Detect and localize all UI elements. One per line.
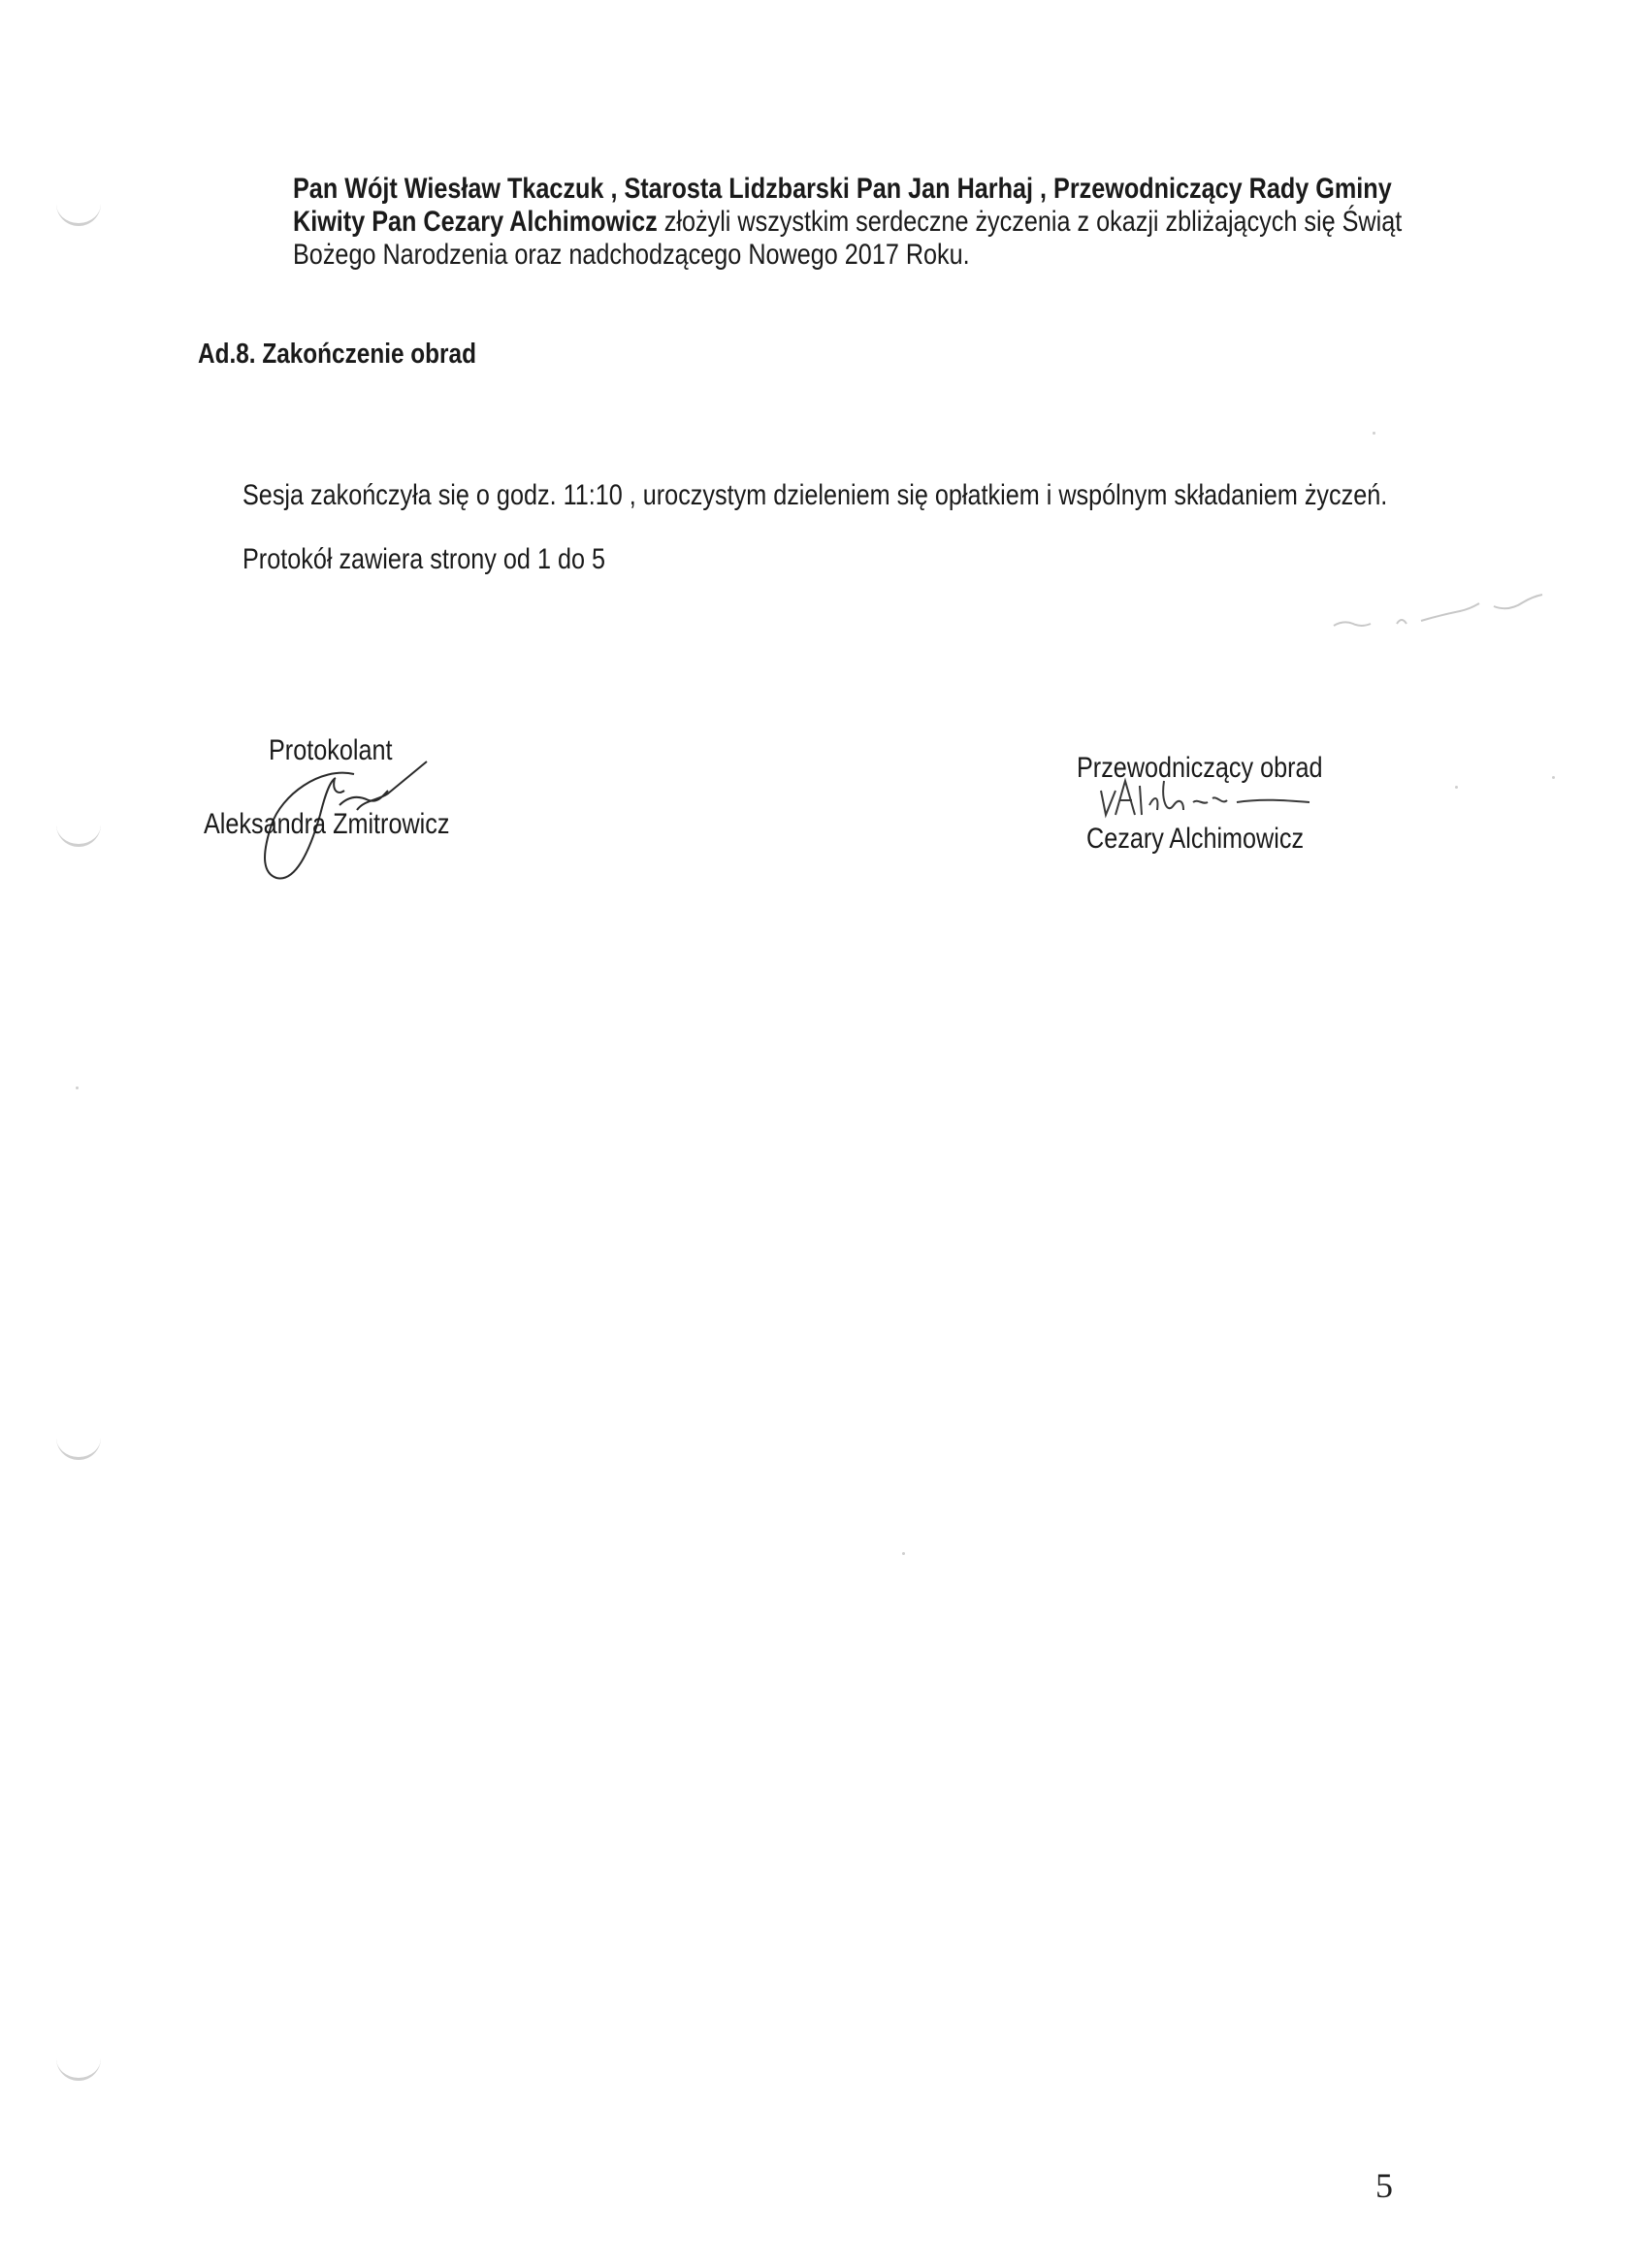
scan-speck — [76, 1086, 79, 1089]
wishes-paragraph-line-2: Kiwity Pan Cezary Alchimowicz złożyli ws… — [293, 206, 1613, 239]
binder-hole-mark — [56, 200, 101, 226]
wishes-text: złożyli wszystkim serdeczne życzenia z o… — [658, 206, 1402, 238]
binder-hole-mark — [56, 2055, 101, 2081]
scan-speck — [1373, 432, 1375, 435]
binder-hole-mark — [56, 1434, 101, 1460]
wishes-paragraph-line-1: Pan Wójt Wiesław Tkaczuk , Starosta Lidz… — [293, 173, 1600, 206]
section-heading-text: Ad.8. Zakończenie obrad — [198, 338, 476, 371]
recorder-role-label: Protokolant — [269, 734, 416, 767]
section-heading: Ad.8. Zakończenie obrad — [198, 338, 530, 371]
chairman-role-label: Przewodniczący obrad — [1077, 752, 1370, 785]
wishes-paragraph-line-3: Bożego Narodzenia oraz nadchodzącego Now… — [293, 239, 1099, 272]
bleed-through-marks — [1329, 587, 1581, 655]
wishes-officials: Pan Wójt Wiesław Tkaczuk , Starosta Lidz… — [293, 173, 1392, 206]
wishes-chairman: Kiwity Pan Cezary Alchimowicz — [293, 206, 658, 238]
scan-speck — [902, 1552, 905, 1555]
binder-hole-mark — [56, 821, 101, 847]
session-end-text: Sesja zakończyła się o godz. 11:10 , uro… — [242, 479, 1387, 512]
pages-statement: Protokół zawiera strony od 1 do 5 — [242, 543, 674, 576]
session-end-statement: Sesja zakończyła się o godz. 11:10 , uro… — [242, 479, 1605, 512]
page-number: 5 — [1375, 2165, 1393, 2206]
wishes-text-end: Bożego Narodzenia oraz nadchodzącego Now… — [293, 239, 970, 272]
pages-statement-text: Protokół zawiera strony od 1 do 5 — [242, 543, 605, 576]
scan-speck — [1455, 786, 1458, 789]
scan-speck — [1552, 776, 1555, 779]
recorder-name: Aleksandra Zmitrowicz — [204, 808, 497, 841]
chairman-name: Cezary Alchimowicz — [1086, 823, 1345, 856]
